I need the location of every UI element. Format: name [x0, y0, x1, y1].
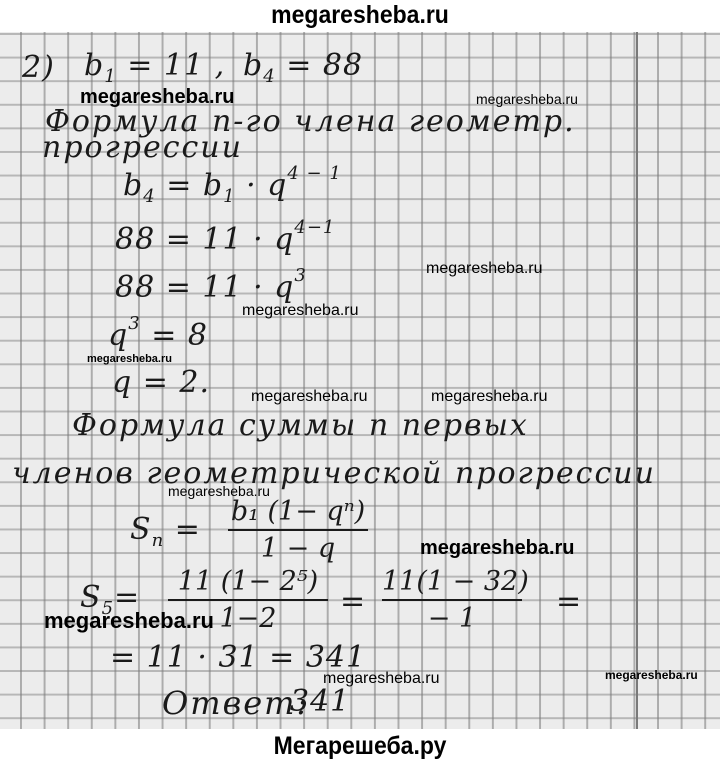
equation-substituted: 88 = 11 · q4−1 [115, 222, 335, 257]
equation-general-term: b4 = b1 · q4 − 1 [123, 168, 342, 207]
fraction-bar [168, 599, 328, 601]
given-b4-sub: 4 [263, 66, 275, 87]
given-b4-symbol: b [243, 48, 263, 83]
sum-formula-numerator: b₁ (1− qⁿ) [228, 496, 368, 527]
eq3-exponent: 3 [294, 265, 306, 286]
watermark: megaresheba.ru [251, 388, 368, 406]
watermark: megaresheba.ru [605, 668, 698, 682]
answer-label: Ответ: [162, 684, 309, 722]
eq1-mid-sub: 1 [223, 186, 235, 207]
eq4-exponent: 3 [128, 313, 140, 334]
eq1-mid: = b [156, 168, 223, 203]
eq3-body: 88 = 11 · q [115, 270, 294, 305]
s5-numerator-2: 11(1 − 32) [382, 566, 522, 597]
sum-formula-lhs: Sn = [130, 512, 201, 551]
watermark: megaresheba.ru [87, 353, 172, 365]
eq2-exponent: 4−1 [294, 217, 335, 238]
watermark: megaresheba.ru [323, 670, 440, 688]
answer-value: 341 [290, 684, 350, 719]
formula-sum-line2: членов геометрической прогрессии [12, 456, 656, 491]
formula-sum-line1: Формула суммы n первых [72, 408, 529, 443]
s5-eq-3: = [556, 584, 582, 619]
given-b1-symbol: b [84, 48, 104, 83]
sum-formula-fraction: b₁ (1− qⁿ) 1 − q [228, 496, 368, 564]
formula-nth-line2: прогрессии [42, 130, 243, 165]
watermark: megaresheba.ru [476, 91, 578, 107]
watermark: megaresheba.ru [44, 608, 214, 634]
s5-denominator-2: − 1 [382, 603, 522, 634]
equation-simplified: 88 = 11 · q3 [115, 270, 307, 305]
sn-lhs-sub: n [152, 530, 165, 551]
site-header: megaresheba.ru [29, 0, 691, 32]
eq2-body: 88 = 11 · q [115, 222, 294, 257]
watermark: megaresheba.ru [431, 388, 548, 406]
eq4-base: q [108, 318, 128, 353]
given-b4: b4 = 88 [243, 48, 363, 87]
watermark: megaresheba.ru [80, 86, 235, 109]
s5-fraction-2: 11(1 − 32) − 1 [382, 566, 522, 634]
s5-eq-2: = [340, 584, 366, 619]
given-b1-sub: 1 [104, 66, 116, 87]
sn-eq: = [164, 512, 201, 547]
fraction-bar [382, 599, 522, 601]
eq4-rest: = 8 [141, 318, 208, 353]
watermark: megaresheba.ru [426, 260, 543, 278]
eq1-lhs-sub: 4 [143, 186, 155, 207]
s5-numerator-1: 11 (1− 2⁵) [168, 566, 328, 597]
sn-lhs: S [130, 512, 152, 547]
given-b4-value: = 88 [276, 48, 363, 83]
eq1-exponent: 4 − 1 [287, 163, 341, 184]
watermark: megaresheba.ru [242, 302, 359, 320]
eq1-rhs: · q [236, 168, 288, 203]
given-b1-value: = 11 , [117, 48, 225, 83]
equation-q-value: q = 2. [112, 365, 210, 400]
eq1-lhs: b [123, 168, 143, 203]
watermark: megaresheba.ru [420, 537, 575, 560]
item-label: 2) [22, 50, 55, 85]
given-b1: b1 = 11 , [84, 48, 225, 87]
fraction-bar [228, 529, 368, 531]
sum-formula-denominator: 1 − q [228, 533, 368, 564]
site-footer: Мегарешеба.ру [29, 729, 691, 764]
watermark: megaresheba.ru [168, 483, 270, 499]
margin-line [636, 32, 638, 729]
equation-q-cubed: q3 = 8 [108, 318, 208, 353]
